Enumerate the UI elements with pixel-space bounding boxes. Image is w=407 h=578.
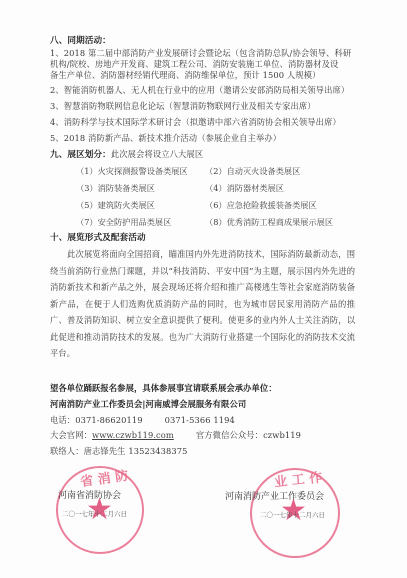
wechat-label: 官方微信公众号：	[196, 430, 263, 440]
website-label: 大会官网：	[50, 430, 92, 440]
zone-8: （8）优秀消防工程商成果展示展区	[205, 217, 333, 228]
zone-2: （2）自动灭火设备类展区	[205, 166, 300, 177]
activity-4: 4、消防科学与技术国际学术研讨会（拟邀请中部六省消防协会相关领导出席）	[50, 117, 341, 128]
person-label: 联络人：	[50, 446, 84, 456]
signature-left-date: 二〇一七年十二月六日	[62, 509, 127, 518]
zone-3: （3）消防装备类展区	[76, 183, 155, 194]
contact-person-line: 联络人：唐志锋先生 13523438375	[50, 446, 187, 457]
section-9-heading: 九、展区划分：	[50, 150, 111, 160]
invite-text: 望各单位踊跃报名参展，具体参展事宜请联系展会承办单位：	[50, 383, 277, 394]
signature-right-date: 二〇一七年十二月六日	[260, 510, 325, 519]
phone-2: 0371-5366 1194	[165, 415, 235, 425]
activity-1-line-1: 1、2018 第二届中部消防产业发展研讨会暨论坛（包含消防总队/协会领导、科研	[50, 48, 351, 59]
zone-1: （1）火灾探测报警设备类展区	[76, 166, 188, 177]
website-link[interactable]: www.czwb119.com	[92, 430, 174, 440]
signature-right-org: 河南消防产业工作委员会	[225, 489, 324, 502]
activity-2: 2、智能消防机器人、无人机在行业中的应用（邀请公安部消防局相关领导出席）	[50, 85, 349, 96]
section-10-heading: 十、展览形式及配套活动	[50, 233, 146, 244]
section-8-heading: 八、同期活动：	[50, 36, 111, 47]
signature-left-org: 河南省消防协会	[58, 488, 121, 501]
zone-4: （4）消防器材类展区	[205, 183, 284, 194]
wechat-id: czwb119	[263, 430, 301, 440]
activity-5: 5、2018 消防新产品、新技术推介活动（参展企业自主举办）	[50, 133, 281, 144]
phone-1: 0371-86620119	[75, 415, 142, 425]
organizers: 河南消防产业工作委员会|河南威博会展服务有限公司	[50, 399, 246, 410]
zone-7: （7）安全防护用品类展区	[76, 217, 171, 228]
document-page: 八、同期活动： 1、2018 第二届中部消防产业发展研讨会暨论坛（包含消防总队/…	[0, 0, 407, 578]
person-name-phone: 唐志锋先生 13523438375	[84, 446, 188, 456]
website-line: 大会官网：www.czwb119.com官方微信公众号：czwb119	[50, 430, 301, 441]
section-9-heading-line: 九、展区划分：此次展会将设立八大展区	[50, 149, 203, 161]
section-10-body: 此次展览将面向全国招商，瞄准国内外先进消防技术，国际消防最新动态，围绕当前消防行…	[50, 246, 355, 362]
zone-6: （6）应急抢险救援装备类展区	[205, 200, 317, 211]
phone-line: 电话：0371-866201190371-5366 1194	[50, 415, 235, 426]
activity-1-line-2: 机构/院校、房地产开发商、建筑工程公司、消防安装施工单位、消防器材及设	[50, 59, 338, 70]
activity-3: 3、智慧消防物联网信息化论坛（智慧消防物联网行业及相关专家出席）	[50, 101, 316, 112]
zone-5: （5）建筑防火类展区	[76, 200, 155, 211]
activity-1-line-3: 备生产单位、消防器材经销代理商、消防维保单位，预计 1500 人规模）	[50, 70, 321, 81]
section-9-intro: 此次展会将设立八大展区	[111, 149, 203, 159]
phone-label: 电话：	[50, 415, 75, 425]
